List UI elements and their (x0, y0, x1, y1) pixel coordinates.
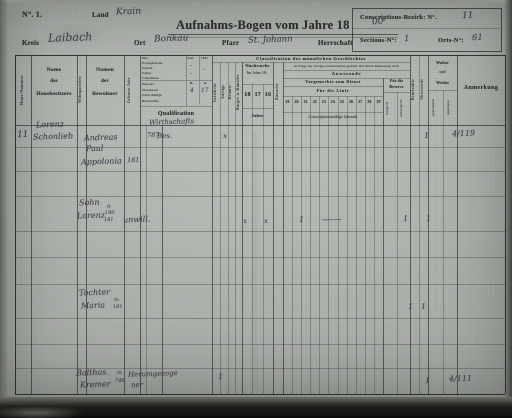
vcol-beamte: Beamte (228, 64, 235, 120)
grid-line-horizontal (15, 344, 505, 345)
linie-year-22: 22 (311, 100, 319, 104)
relbox-row3: Griech. (142, 66, 153, 70)
land-label: Land (92, 11, 109, 19)
col-bewohner-1: Namen (86, 67, 124, 73)
grid-line-vertical (356, 96, 357, 394)
linie-year-28: 28 (365, 100, 373, 104)
nachwuchs-year-16: 16 (263, 92, 273, 98)
mark-count-row4-a: 1 (299, 215, 304, 224)
hw-resident-sohn: Sohn (79, 198, 100, 208)
reserve-header-2: Reserve (383, 85, 410, 89)
grid-line-vertical (292, 96, 293, 394)
hw-resident-balthas: Balthas. (76, 367, 109, 377)
hw-anmerkung-row1: 4/119 (452, 129, 475, 139)
ort-value: Bonkau (154, 33, 189, 44)
linie-year-19: 19 (284, 100, 292, 104)
grid-line-vertical (252, 84, 253, 394)
mark-count-row7-a: 1 (408, 302, 413, 311)
grid-line-vertical (365, 96, 366, 394)
form-number: N°. 1. (22, 10, 42, 19)
hw-resident-tochter: Tochter (79, 287, 110, 297)
reserve-header-1: Für die (383, 79, 410, 83)
grid-line-vertical (443, 90, 444, 394)
hw-stack7-b: 181 (113, 304, 123, 310)
relbox-sub4: Beurlaubte (142, 99, 159, 103)
linie-year-23: 23 (320, 100, 328, 104)
vcol-beurlaubte: Beurlaubte (411, 58, 418, 120)
grid-line-horizontal (15, 125, 505, 126)
orts-label: Orts-N°: (438, 37, 464, 44)
relbox-dash-2: – (190, 71, 192, 75)
sections-value: 1 (404, 34, 410, 44)
linie-header: Für die Linie (283, 88, 383, 93)
grid-line-horizontal (15, 171, 505, 172)
nachwuchs-year-18: 18 (243, 92, 253, 98)
linie-year-25: 25 (338, 100, 346, 104)
mark-count-row4-c: 1 (426, 214, 431, 223)
relbox-sub3: Unterthänige (142, 93, 162, 97)
migration-col-gekommen: gekommen (431, 93, 439, 122)
hw-stack10-b: 746 (115, 378, 125, 384)
linie-foot: Conscriptionsmäßige Jahrzahl (283, 115, 383, 119)
col-bewohner-2: der (86, 79, 124, 84)
relbox-hw-value-2: 17 (201, 87, 209, 94)
grid-line-horizontal (283, 96, 383, 97)
col-hausbesitzer-3: Hausbesitzers (31, 91, 77, 97)
linie-year-29: 29 (375, 100, 383, 104)
grid-line-horizontal (140, 80, 212, 81)
grid-line-horizontal (283, 112, 383, 113)
grid-line-horizontal (140, 106, 212, 107)
hw-qualification-row4: unwill. (123, 215, 151, 225)
relbox-row1: Ehe. (142, 56, 149, 60)
grid-line-vertical (347, 96, 348, 394)
page-title: Aufnahms-Bogen vom Jahre 18 (176, 18, 350, 33)
vcol-geistliche: Geistliche (213, 64, 220, 120)
relbox-row4: Juden (142, 71, 151, 75)
kreis-value: Laibach (48, 30, 93, 45)
hw-qualification-1b: Bes. (157, 132, 172, 141)
mark-x-row1: x (223, 132, 227, 140)
vcol-abwesende: Abwesende (420, 58, 427, 120)
grid-line-horizontal (15, 196, 505, 197)
hw-resident-kremer: Kremer (80, 379, 111, 389)
mark-count-row4-b: 1 (403, 214, 408, 223)
hw-house-number: 11 (17, 130, 29, 140)
sections-label: Sections-N°: (360, 37, 397, 44)
reserve-col-untauglich: untauglich (399, 94, 407, 122)
page-edge-top (0, 0, 512, 3)
conscription-vorgemerkte: Vorgemerkte zum Dienst (283, 79, 383, 84)
hw-resident-appolonia: Appolonia (81, 156, 122, 166)
grid-line-horizontal (242, 108, 273, 109)
hw-resident-maria: Maria (81, 301, 105, 311)
hw-qualification-1a: Wirthschafts (149, 117, 194, 127)
grid-line-vertical (397, 92, 398, 394)
pfarr-value: St. Johann (248, 34, 293, 46)
nachwuchs-foot: Jahre (242, 113, 273, 118)
hw-anmerkung-row10: 4/111 (449, 374, 472, 384)
relbox-col-year: 1801 (201, 56, 208, 60)
grid-line-horizontal (15, 231, 505, 232)
migration-col-gegangen: gegangen (446, 93, 454, 122)
hw-stack10-a: th. (117, 371, 123, 376)
relbox-hw-value-1: 4 (190, 87, 194, 94)
pfarr-label: Pfarr (222, 39, 239, 47)
ort-label: Ort (134, 39, 145, 47)
conscription-line1: In Folge der vorigen Conscription gestel… (283, 64, 410, 68)
grid-line-horizontal (428, 90, 457, 91)
grid-line-horizontal (283, 86, 383, 87)
conscription-anwesende: Anwesende (283, 71, 410, 76)
hw-resident-paul: Paul (86, 144, 104, 154)
migration-header-1: Woher (428, 60, 457, 65)
hw-qualification-row10-a: Herumgezoge (128, 369, 178, 379)
hw-stack4-a: g. (107, 203, 112, 209)
nachwuchs-sub: Im Jahre 18.. (242, 71, 273, 75)
grid-line-vertical (146, 125, 147, 394)
linie-year-27: 27 (356, 100, 364, 104)
grid-line-horizontal (15, 394, 505, 395)
mark-dash-row4: ― (322, 215, 342, 224)
mark-x-row4-b: x (264, 217, 268, 225)
grid-line-horizontal (15, 318, 505, 319)
hw-birth-181: 181 (127, 156, 140, 164)
col-bewohner-3: Bewohner (86, 91, 124, 97)
classification-header: Classification des männlichen Geschlecht… (212, 56, 410, 61)
land-value: Krain (116, 7, 141, 18)
mark-count-row10-a: 1 (218, 372, 223, 381)
grid-line-horizontal (15, 257, 505, 258)
grid-line-vertical (310, 96, 311, 394)
hw-stack4-c: 181 (104, 217, 114, 223)
vcol-adelige: Adelige (221, 64, 228, 120)
linie-year-24: 24 (329, 100, 337, 104)
linie-year-20: 20 (293, 100, 301, 104)
col-anmerkung: Anmerkung (457, 85, 505, 91)
mark-count-row1: 1 (424, 131, 429, 140)
mark-x-row4-a: x (243, 217, 247, 225)
herrschaft-label: Herrschaft (318, 39, 353, 47)
relbox-sub2: Wesenlose (142, 88, 158, 92)
relbox-col-seelen: Seel. (187, 56, 194, 60)
grid-line-vertical (263, 84, 264, 394)
grid-line-vertical (328, 96, 329, 394)
grid-line-vertical (301, 96, 302, 394)
hw-stack4-b: 180 (105, 210, 115, 216)
vcol-zuwachs: Zuwachs (275, 64, 282, 120)
col-qualification: Qualification (141, 111, 211, 117)
grid-line-horizontal (383, 92, 410, 93)
linie-year-21: 21 (302, 100, 310, 104)
mark-count-row10-b: 1 (425, 376, 430, 385)
mark-count-row7-b: 1 (421, 302, 426, 311)
grid-line-horizontal (15, 284, 505, 285)
district-value: 11 (462, 11, 474, 21)
orts-value: 61 (472, 33, 483, 43)
scanner-background-band (0, 397, 512, 418)
reserve-col-tauglich: tauglich (385, 94, 393, 122)
hw-stack7-a: m. (114, 297, 121, 303)
linie-year-26: 26 (347, 100, 355, 104)
kreis-label: Kreis (22, 39, 39, 47)
grid-line-vertical (319, 96, 320, 394)
relbox-sub1: Priester (142, 82, 154, 86)
relbox-row5: Catholiken (142, 76, 159, 80)
migration-header-3: Wohin (428, 80, 457, 85)
hw-resident-andreas: Andreas (84, 132, 118, 142)
hw-owner-last: Schonlieb (33, 131, 73, 141)
col-haus-nummer: Haus-Nummer (19, 60, 24, 120)
nachwuchs-title: Nachwuchs (242, 63, 273, 68)
migration-header-2: und (428, 70, 457, 74)
relbox-dash-1: – (190, 63, 192, 67)
grid-line-vertical (374, 96, 375, 394)
relbox-row2: Evangelische (142, 61, 162, 65)
hw-qualification-row10-b: ner (131, 381, 143, 389)
grid-line-horizontal (242, 84, 273, 85)
scanned-form-photo: N°. 1. Land Krain Aufnahms-Bogen vom Jah… (0, 0, 512, 418)
relbox-u: u. (204, 81, 207, 85)
col-wohnparteien: Wohnparteien (78, 60, 82, 120)
relbox-k: K. (190, 81, 194, 85)
grid-line-vertical (186, 56, 187, 106)
hw-owner-first: Lorenz (36, 120, 64, 130)
col-hausbesitzer-1: Name (31, 67, 77, 73)
page-edge-left (0, 0, 8, 400)
col-hausbesitzer-2: des (31, 79, 77, 84)
grid-line-vertical (338, 96, 339, 394)
col-geburtsjahr: Geburts-Jahr (127, 60, 131, 120)
relbox-dash-3: – (203, 67, 205, 71)
district-label: Conscriptions-Bezirk: N°. (360, 14, 437, 21)
grid-line-vertical (162, 125, 163, 394)
page-edge-right (504, 0, 512, 400)
hw-resident-lorenz: Lorenz (77, 211, 105, 221)
nachwuchs-year-17: 17 (253, 92, 263, 98)
